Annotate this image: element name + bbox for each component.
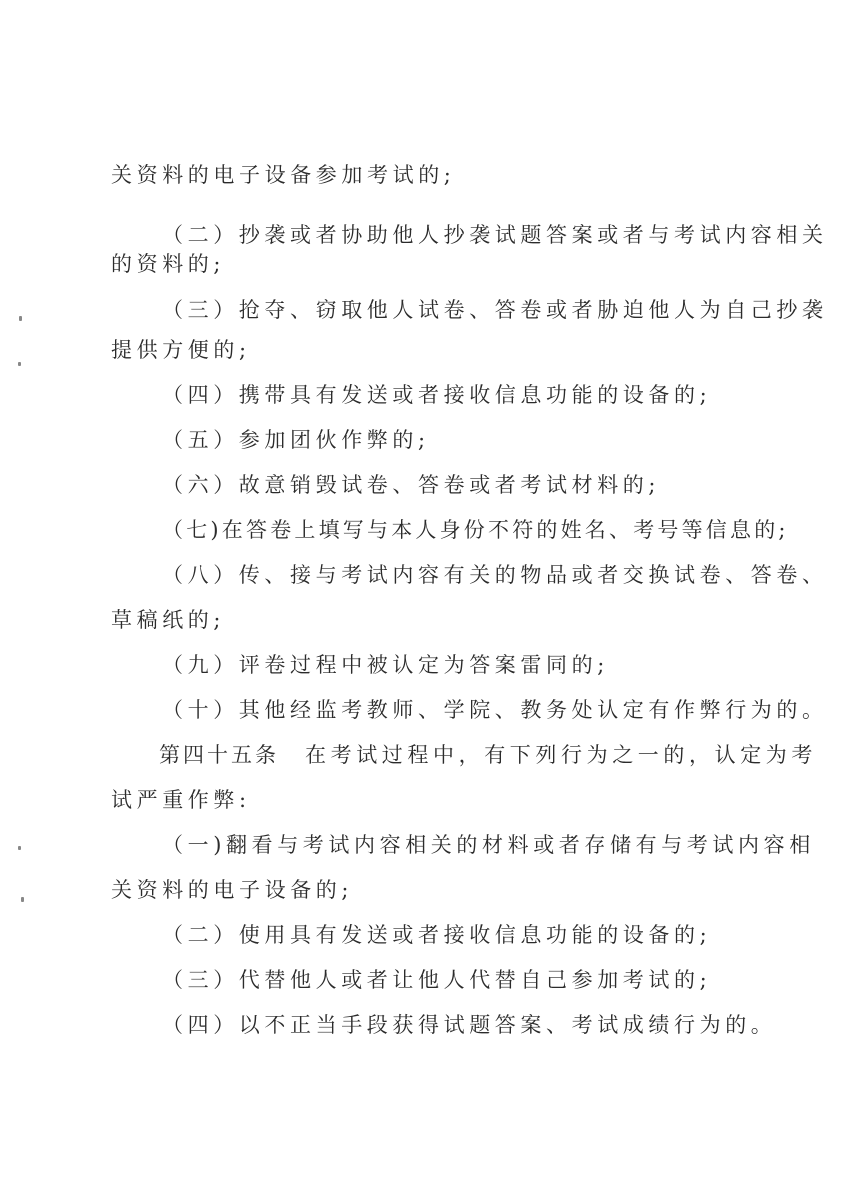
binding-hole-mark — [21, 897, 24, 902]
list-item-10: （十）其他经监考教师、学院、教务处认定有作弊行为的。 — [162, 698, 828, 722]
list-item-3-continuation: 提供方便的; — [111, 338, 251, 362]
list-item-3: （三）抢夺、窃取他人试卷、答卷或者胁迫他人为自己抄袭 — [162, 298, 828, 322]
binding-hole-mark — [18, 362, 21, 366]
list-item-6: （六）故意销毁试卷、答卷或者考试材料的; — [162, 473, 660, 497]
binding-hole-mark — [18, 846, 21, 850]
list-item-2: （二）抄袭或者协助他人抄袭试题答案或者与考试内容相关 — [162, 223, 828, 247]
text-line-continuation: 关资料的电子设备参加考试的; — [111, 163, 455, 187]
article-number: 第四十五条 — [159, 743, 279, 767]
list-item-8-continuation: 草稿纸的; — [111, 608, 225, 632]
document-page: 关资料的电子设备参加考试的; （二）抄袭或者协助他人抄袭试题答案或者与考试内容相… — [0, 0, 847, 1200]
article-45-continuation: 试严重作弊: — [111, 788, 251, 812]
serious-item-3: （三）代替他人或者让他人代替自己参加考试的; — [162, 968, 711, 992]
list-item-7: （七)在答卷上填写与本人身份不符的姓名、考号等信息的; — [162, 518, 789, 542]
list-item-9: （九）评卷过程中被认定为答案雷同的; — [162, 653, 609, 677]
serious-item-2: （二）使用具有发送或者接收信息功能的设备的; — [162, 923, 711, 947]
list-item-5: （五）参加团伙作弊的; — [162, 428, 430, 452]
serious-item-4: （四）以不正当手段获得试题答案、考试成绩行为的。 — [162, 1013, 776, 1037]
list-item-2-continuation: 的资料的; — [111, 252, 225, 276]
article-45-heading: 第四十五条在考试过程中，有下列行为之一的，认定为考 — [159, 743, 817, 767]
serious-item-1-continuation: 关资料的电子设备的; — [111, 878, 353, 902]
list-item-8: （八）传、接与考试内容有关的物品或者交换试卷、答卷、 — [162, 563, 828, 587]
binding-hole-mark — [19, 316, 22, 321]
article-text: 在考试过程中，有下列行为之一的，认定为考 — [305, 743, 817, 767]
serious-item-1: （一)翻看与考试内容相关的材料或者存储有与考试内容相 — [162, 833, 815, 857]
list-item-4: （四）携带具有发送或者接收信息功能的设备的; — [162, 383, 711, 407]
